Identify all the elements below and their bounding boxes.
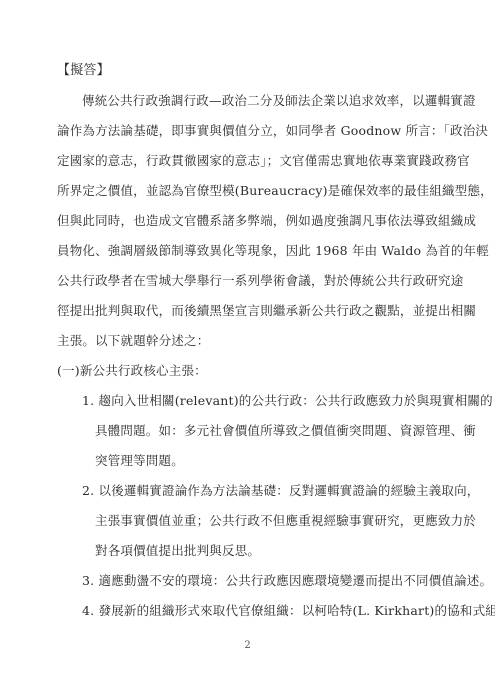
text-line: 傳統公共行政強調行政—政治二分及師法企業以追求效率，以邏輯實證 bbox=[57, 86, 495, 116]
text-line: 員物化、強調層級節制導致異化等現象，因此 1968 年由 Waldo 為首的年輕 bbox=[57, 236, 495, 266]
page-number: 2 bbox=[0, 639, 495, 653]
text-line: 3. 適應動盪不安的環境：公共行政應因應環境變遷而提出不同價值論述。 bbox=[57, 566, 495, 596]
text-line: 所界定之價值，並認為官僚型模(Bureaucracy)是確保效率的最佳組織型態， bbox=[57, 176, 495, 206]
text-line: 定國家的意志，行政貫徹國家的意志」；文官僅需忠實地依專業實踐政務官 bbox=[57, 146, 495, 176]
section-heading: (一)新公共行政核心主張： bbox=[57, 356, 495, 386]
text-line: 1. 趨向入世相關(relevant)的公共行政：公共行政應致力於與現實相關的 bbox=[57, 386, 495, 416]
text-line: 4. 發展新的組織形式來取代官僚組織：以柯哈特(L. Kirkhart)的協和式… bbox=[57, 596, 495, 626]
answer-heading: 【擬答】 bbox=[57, 56, 495, 86]
text-line: 主張。以下就題幹分述之： bbox=[57, 326, 495, 356]
text-line: 徑提出批判與取代，而後續黑堡宣言則繼承新公共行政之觀點，並提出相關 bbox=[57, 296, 495, 326]
text-line: 對各項價值提出批判與反思。 bbox=[57, 536, 495, 566]
text-line: 論作為方法論基礎，即事實與價值分立，如同學者 Goodnow 所言：「政治決 bbox=[57, 116, 495, 146]
text-line: 具體問題。如：多元社會價值所導致之價值衝突問題、資源管理、衝 bbox=[57, 416, 495, 446]
text-line: 2. 以後邏輯實證論作為方法論基礎：反對邏輯實證論的經驗主義取向， bbox=[57, 476, 495, 506]
text-line: 但與此同時，也造成文官體系諸多弊端，例如過度強調凡事依法導致組織成 bbox=[57, 206, 495, 236]
document-page: 【擬答】傳統公共行政強調行政—政治二分及師法企業以追求效率，以邏輯實證論作為方法… bbox=[0, 0, 495, 700]
text-line: 突管理等問題。 bbox=[57, 446, 495, 476]
text-line: 主張事實價值並重；公共行政不但應重視經驗事實研究，更應致力於 bbox=[57, 506, 495, 536]
text-line: 公共行政學者在雪城大學舉行一系列學術會議，對於傳統公共行政研究途 bbox=[57, 266, 495, 296]
document-body: 【擬答】傳統公共行政強調行政—政治二分及師法企業以追求效率，以邏輯實證論作為方法… bbox=[57, 56, 495, 626]
